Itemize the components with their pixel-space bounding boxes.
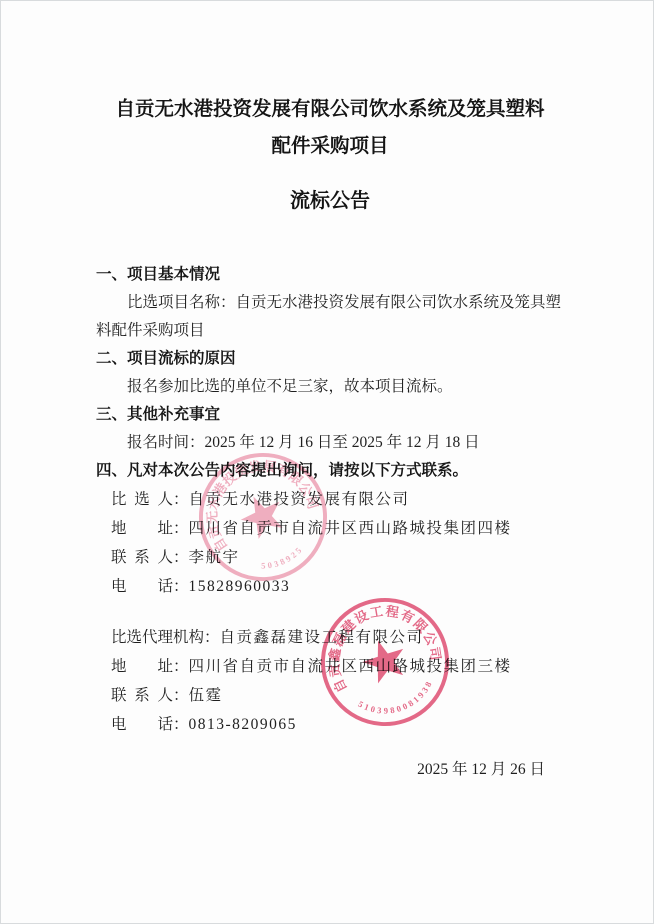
agency-name-label: 比选代理机构： — [111, 629, 220, 646]
agency-contact-block: 比选代理机构：自贡鑫磊建设工程有限公司 地 址：四川省自贡市自流井区西山路城投集… — [111, 623, 564, 739]
section-2-heading: 二、项目流标的原因 — [96, 345, 564, 373]
section-4-heading: 四、凡对本次公告内容提出询问，请按以下方式联系。 — [96, 457, 564, 485]
selector-contact-person-value: 李航宇 — [189, 549, 240, 566]
selector-contact-person-label: 联 系 人： — [111, 549, 189, 566]
section-3-paragraph: 报名时间：2025 年 12 月 16 日至 2025 年 12 月 18 日 — [96, 429, 564, 457]
selector-name-label: 比 选 人： — [111, 491, 189, 508]
agency-phone-label: 电 话： — [111, 716, 189, 733]
document-body: 一、项目基本情况 比选项目名称：自贡无水港投资发展有限公司饮水系统及笼具塑料配件… — [96, 261, 564, 784]
agency-name-value: 自贡鑫磊建设工程有限公司 — [220, 629, 424, 646]
section-3-heading: 三、其他补充事宜 — [96, 401, 564, 429]
agency-address-value: 四川省自贡市自流井区西山路城投集团三楼 — [189, 658, 512, 675]
document-page: 自贡无水港投资发展有限公司饮水系统及笼具塑料 配件采购项目 流标公告 一、项目基… — [0, 0, 654, 924]
title-line-2: 配件采购项目 — [96, 128, 564, 165]
agency-phone-row: 电 话：0813-8209065 — [111, 710, 564, 739]
announcement-date: 2025 年 12 月 26 日 — [96, 756, 564, 784]
title-line-1: 自贡无水港投资发展有限公司饮水系统及笼具塑料 — [96, 91, 564, 128]
selector-address-label: 地 址： — [111, 520, 189, 537]
section-2-paragraph: 报名参加比选的单位不足三家，故本项目流标。 — [96, 373, 564, 401]
selector-address-row: 地 址：四川省自贡市自流井区西山路城投集团四楼 — [111, 514, 564, 543]
document-subtitle: 流标公告 — [96, 187, 564, 215]
document-title: 自贡无水港投资发展有限公司饮水系统及笼具塑料 配件采购项目 — [96, 91, 564, 165]
selector-name-row: 比 选 人：自贡无水港投资发展有限公司 — [111, 485, 564, 514]
agency-name-row: 比选代理机构：自贡鑫磊建设工程有限公司 — [111, 623, 564, 652]
agency-address-row: 地 址：四川省自贡市自流井区西山路城投集团三楼 — [111, 652, 564, 681]
agency-phone-value: 0813-8209065 — [189, 716, 297, 733]
agency-contact-person-label: 联 系 人： — [111, 687, 189, 704]
selector-address-value: 四川省自贡市自流井区西山路城投集团四楼 — [189, 520, 512, 537]
selector-contact-person-row: 联 系 人：李航宇 — [111, 543, 564, 572]
selector-phone-row: 电 话：15828960033 — [111, 572, 564, 601]
section-1-heading: 一、项目基本情况 — [96, 261, 564, 289]
selector-phone-value: 15828960033 — [189, 578, 291, 595]
agency-contact-person-row: 联 系 人：伍霆 — [111, 681, 564, 710]
selector-phone-label: 电 话： — [111, 578, 189, 595]
selector-contact-block: 比 选 人：自贡无水港投资发展有限公司 地 址：四川省自贡市自流井区西山路城投集… — [111, 485, 564, 601]
section-1-paragraph: 比选项目名称：自贡无水港投资发展有限公司饮水系统及笼具塑料配件采购项目 — [96, 289, 564, 345]
agency-contact-person-value: 伍霆 — [189, 687, 223, 704]
agency-address-label: 地 址： — [111, 658, 189, 675]
selector-name-value: 自贡无水港投资发展有限公司 — [189, 491, 410, 508]
